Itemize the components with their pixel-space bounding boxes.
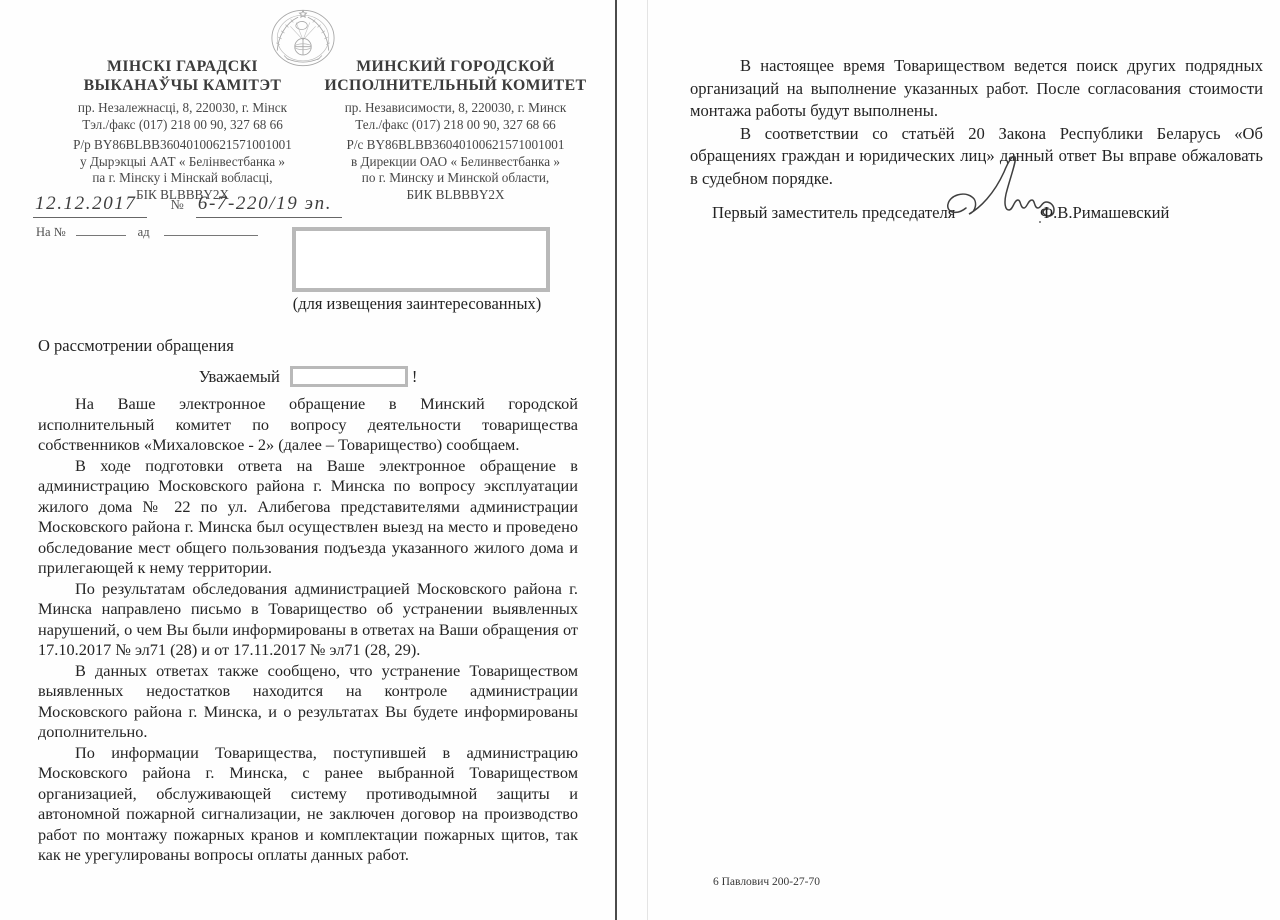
org-account-by: Р/р BY86BLBB36040100621571001001: [25, 137, 340, 154]
org-title-ru-1: МИНСКИЙ ГОРОДСКОЙ: [298, 57, 613, 76]
paragraph: По информации Товарищества, поступившей …: [38, 743, 578, 866]
paragraph: На Ваше электронное обращение в Минский …: [38, 394, 578, 456]
redaction-caption: (для извещения заинтересованных): [270, 294, 564, 314]
incoming-reference-line: На №ад: [36, 224, 258, 240]
paragraph: В ходе подготовки ответа на Ваше электро…: [38, 456, 578, 579]
outgoing-number-handwritten: 6-7-220/19 эп.: [196, 193, 342, 218]
page-scan-edge-dark: [615, 0, 617, 920]
blank-line-date: [164, 224, 258, 236]
executor-footer: 6 Павлович 200-27-70: [713, 876, 820, 888]
org-phone-ru: Тел./факс (017) 218 00 90, 327 68 66: [298, 117, 613, 134]
paragraph: В настоящее время Товариществом ведется …: [690, 55, 1263, 123]
org-address-ru: пр. Независимости, 8, 220030, г. Минск: [298, 100, 613, 117]
signer-name: Ф.В.Римашевский: [1040, 203, 1169, 223]
org-bank-ru-2: по г. Минску и Минской области,: [298, 170, 613, 187]
org-title-ru-2: ИСПОЛНИТЕЛЬНЫЙ КОМИТЕТ: [298, 76, 613, 95]
paragraph: В данных ответах также сообщено, что уст…: [38, 661, 578, 743]
salutation-suffix: !: [412, 367, 418, 387]
salutation-line: Уважаемый !: [38, 366, 578, 387]
org-address-by: пр. Незалежнасці, 8, 220030, г. Мінск: [25, 100, 340, 117]
salutation-prefix: Уважаемый: [199, 367, 280, 387]
number-sign-label: №: [171, 198, 184, 213]
ad-label: ад: [138, 225, 150, 239]
subject-line: О рассмотрении обращения: [38, 336, 234, 356]
letterhead-russian: МИНСКИЙ ГОРОДСКОЙ ИСПОЛНИТЕЛЬНЫЙ КОМИТЕТ…: [298, 57, 613, 203]
letterhead-belarusian: МІНСКІ ГАРАДСКІ ВЫКАНАЎЧЫ КАМІТЭТ пр. Не…: [25, 57, 340, 203]
blank-line-number: [76, 224, 126, 236]
letter-body-page-1: На Ваше электронное обращение в Минский …: [38, 394, 578, 866]
org-bank-by-1: у Дырэкцыі ААТ « Белінвестбанка »: [25, 154, 340, 171]
reference-line: 12.12.2017 № 6-7-220/19 эп.: [33, 193, 342, 218]
na-no-label: На №: [36, 225, 66, 239]
org-bank-ru-1: в Дирекции ОАО « Белинвестбанка »: [298, 154, 613, 171]
redaction-box-name: [290, 366, 408, 387]
org-title-by-1: МІНСКІ ГАРАДСКІ: [25, 57, 340, 76]
page-scan-edge-light: [647, 0, 648, 920]
signer-title: Первый заместитель председателя: [712, 203, 955, 223]
org-bik-ru: БИК BLBBBY2X: [298, 187, 613, 204]
paragraph: По результатам обследования администраци…: [38, 579, 578, 661]
outgoing-date-handwritten: 12.12.2017: [33, 193, 147, 218]
org-phone-by: Тэл./факс (017) 218 00 90, 327 68 66: [25, 117, 340, 134]
org-account-ru: Р/с BY86BLBB36040100621571001001: [298, 137, 613, 154]
org-bank-by-2: па г. Мінску і Мінскай вобласці,: [25, 170, 340, 187]
org-title-by-2: ВЫКАНАЎЧЫ КАМІТЭТ: [25, 76, 340, 95]
scanned-letter-canvas: МІНСКІ ГАРАДСКІ ВЫКАНАЎЧЫ КАМІТЭТ пр. Не…: [0, 0, 1280, 920]
redaction-box-recipient: [292, 227, 550, 292]
